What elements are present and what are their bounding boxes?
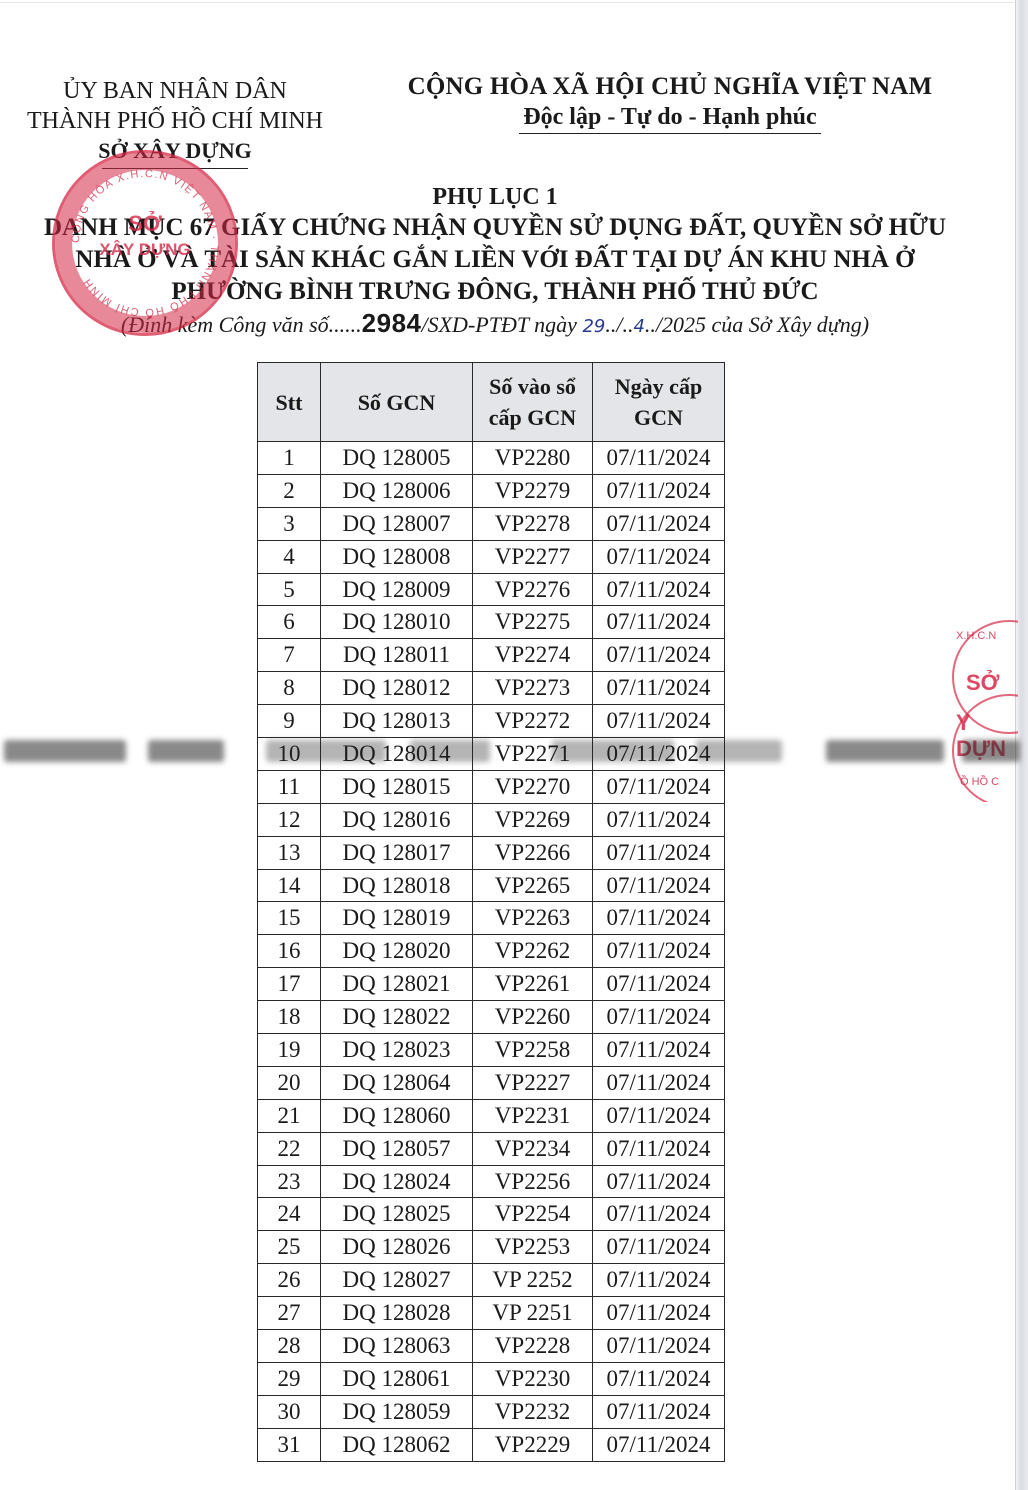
- cell-stt: 2: [258, 474, 321, 507]
- cell-stt: 17: [258, 968, 321, 1001]
- cell-stt: 12: [258, 803, 321, 836]
- partial-seal-stamp: X.H.C.N SỞ Y DỰN Ồ HỒ C: [948, 612, 1018, 802]
- watermark-blur: [4, 740, 126, 762]
- cell-register-no: VP2253: [473, 1231, 593, 1264]
- cell-certificate-no: DQ 128028: [321, 1297, 473, 1330]
- watermark-blur: [826, 740, 944, 762]
- cell-certificate-no: DQ 128063: [321, 1330, 473, 1363]
- document-heading: DANH MỤC 67 GIẤY CHỨNG NHẬN QUYỀN SỬ DỤN…: [5, 212, 985, 308]
- table-row: 17DQ 128021VP226107/11/2024: [258, 968, 725, 1001]
- table-row: 4DQ 128008VP227707/11/2024: [258, 540, 725, 573]
- national-motto: Độc lập - Tự do - Hạnh phúc: [523, 102, 816, 132]
- cell-stt: 30: [258, 1395, 321, 1428]
- cell-stt: 7: [258, 639, 321, 672]
- cell-issue-date: 07/11/2024: [593, 1264, 725, 1297]
- attach-prefix: (Đính kèm Công văn số: [121, 312, 329, 337]
- cell-issue-date: 07/11/2024: [593, 672, 725, 705]
- cell-issue-date: 07/11/2024: [593, 869, 725, 902]
- partial-seal-mid-1: SỞ: [966, 670, 999, 696]
- cell-issue-date: 07/11/2024: [593, 1034, 725, 1067]
- cell-certificate-no: DQ 128060: [321, 1099, 473, 1132]
- cell-register-no: VP2254: [473, 1198, 593, 1231]
- cell-issue-date: 07/11/2024: [593, 738, 725, 771]
- cell-certificate-no: DQ 128012: [321, 672, 473, 705]
- handwritten-month: 4: [633, 316, 644, 337]
- cell-stt: 5: [258, 573, 321, 606]
- handwritten-day: 29: [582, 316, 605, 337]
- cell-stt: 29: [258, 1362, 321, 1395]
- table-row: 22DQ 128057VP223407/11/2024: [258, 1132, 725, 1165]
- header-line: GCN: [593, 402, 724, 433]
- cell-register-no: VP2266: [473, 836, 593, 869]
- col-header-issue-date: Ngày cấpGCN: [593, 363, 725, 442]
- motto-label: Độc lập - Tự do - Hạnh phúc: [523, 104, 816, 130]
- cell-certificate-no: DQ 128023: [321, 1034, 473, 1067]
- cell-stt: 22: [258, 1132, 321, 1165]
- motto-underline: [519, 133, 820, 135]
- watermark-blur: [962, 740, 1020, 762]
- cell-stt: 31: [258, 1428, 321, 1461]
- cell-stt: 19: [258, 1034, 321, 1067]
- attachment-reference: (Đính kèm Công văn số......2984/SXD-PTĐT…: [0, 308, 990, 342]
- page-right-edge: [1015, 0, 1028, 1490]
- cell-register-no: VP2260: [473, 1001, 593, 1034]
- table-row: 8DQ 128012VP227307/11/2024: [258, 672, 725, 705]
- watermark-blur: [148, 740, 224, 762]
- cell-register-no: VP2280: [473, 442, 593, 475]
- cell-stt: 26: [258, 1264, 321, 1297]
- cell-stt: 11: [258, 770, 321, 803]
- cell-certificate-no: DQ 128013: [321, 705, 473, 738]
- cell-certificate-no: DQ 128018: [321, 869, 473, 902]
- document-number: 2984: [362, 308, 422, 338]
- cell-certificate-no: DQ 128007: [321, 507, 473, 540]
- attach-mid: /SXD-PTĐT ngày: [422, 312, 583, 337]
- table-row: 29DQ 128061VP223007/11/2024: [258, 1362, 725, 1395]
- table-row: 31DQ 128062VP222907/11/2024: [258, 1428, 725, 1461]
- cell-issue-date: 07/11/2024: [593, 770, 725, 803]
- cell-register-no: VP2274: [473, 639, 593, 672]
- national-header: CỘNG HÒA XÃ HỘI CHỦ NGHĨA VIỆT NAM Độc l…: [400, 72, 940, 132]
- department-label: SỞ XÂY DỰNG: [98, 138, 252, 163]
- header-line: Ngày cấp: [593, 371, 724, 402]
- cell-issue-date: 07/11/2024: [593, 1132, 725, 1165]
- cell-certificate-no: DQ 128020: [321, 935, 473, 968]
- table-row: 26DQ 128027VP 225207/11/2024: [258, 1264, 725, 1297]
- partial-seal-mid-2: Y DỰN: [956, 710, 1018, 762]
- cell-certificate-no: DQ 128064: [321, 1066, 473, 1099]
- cell-stt: 14: [258, 869, 321, 902]
- cell-issue-date: 07/11/2024: [593, 1330, 725, 1363]
- partial-seal-top-text: X.H.C.N: [956, 630, 996, 642]
- cell-issue-date: 07/11/2024: [593, 1297, 725, 1330]
- table-row: 18DQ 128022VP226007/11/2024: [258, 1001, 725, 1034]
- cell-stt: 18: [258, 1001, 321, 1034]
- cell-register-no: VP2276: [473, 573, 593, 606]
- table-row: 5DQ 128009VP227607/11/2024: [258, 573, 725, 606]
- cell-register-no: VP2231: [473, 1099, 593, 1132]
- cell-register-no: VP2234: [473, 1132, 593, 1165]
- cell-certificate-no: DQ 128014: [321, 738, 473, 771]
- cell-issue-date: 07/11/2024: [593, 902, 725, 935]
- cell-certificate-no: DQ 128059: [321, 1395, 473, 1428]
- cell-issue-date: 07/11/2024: [593, 705, 725, 738]
- cell-certificate-no: DQ 128011: [321, 639, 473, 672]
- cell-certificate-no: DQ 128005: [321, 442, 473, 475]
- cell-issue-date: 07/11/2024: [593, 474, 725, 507]
- cell-stt: 21: [258, 1099, 321, 1132]
- cell-register-no: VP2232: [473, 1395, 593, 1428]
- cell-stt: 13: [258, 836, 321, 869]
- cell-register-no: VP 2251: [473, 1297, 593, 1330]
- cell-certificate-no: DQ 128016: [321, 803, 473, 836]
- cell-issue-date: 07/11/2024: [593, 1428, 725, 1461]
- nation-name: CỘNG HÒA XÃ HỘI CHỦ NGHĨA VIỆT NAM: [400, 72, 940, 102]
- partial-seal-arc-top: [952, 620, 1018, 734]
- table-row: 25DQ 128026VP225307/11/2024: [258, 1231, 725, 1264]
- table-row: 21DQ 128060VP223107/11/2024: [258, 1099, 725, 1132]
- cell-register-no: VP 2252: [473, 1264, 593, 1297]
- cell-register-no: VP2271: [473, 738, 593, 771]
- cell-register-no: VP2275: [473, 606, 593, 639]
- cell-stt: 1: [258, 442, 321, 475]
- cell-issue-date: 07/11/2024: [593, 1395, 725, 1428]
- table-row: 13DQ 128017VP226607/11/2024: [258, 836, 725, 869]
- cell-register-no: VP2269: [473, 803, 593, 836]
- authority-line-1: ỦY BAN NHÂN DÂN: [20, 76, 330, 106]
- department-name: SỞ XÂY DỰNG: [98, 136, 252, 166]
- col-header-stt: Stt: [258, 363, 321, 442]
- heading-line-1: DANH MỤC 67 GIẤY CHỨNG NHẬN QUYỀN SỬ DỤN…: [5, 212, 985, 244]
- cell-certificate-no: DQ 128015: [321, 770, 473, 803]
- cell-stt: 9: [258, 705, 321, 738]
- cell-register-no: VP2273: [473, 672, 593, 705]
- cell-stt: 27: [258, 1297, 321, 1330]
- date-separator: ../..: [605, 312, 633, 337]
- cell-stt: 10: [258, 738, 321, 771]
- cell-issue-date: 07/11/2024: [593, 803, 725, 836]
- table-row: 10DQ 128014VP227107/11/2024: [258, 738, 725, 771]
- cell-register-no: VP2270: [473, 770, 593, 803]
- cell-certificate-no: DQ 128010: [321, 606, 473, 639]
- cell-stt: 8: [258, 672, 321, 705]
- department-underline: [102, 168, 248, 170]
- issuing-authority: ỦY BAN NHÂN DÂN THÀNH PHỐ HỒ CHÍ MINH SỞ…: [20, 76, 330, 166]
- cell-stt: 6: [258, 606, 321, 639]
- heading-line-2: NHÀ Ở VÀ TÀI SẢN KHÁC GẮN LIỀN VỚI ĐẤT T…: [5, 244, 985, 276]
- table-row: 23DQ 128024VP225607/11/2024: [258, 1165, 725, 1198]
- cell-register-no: VP2228: [473, 1330, 593, 1363]
- cell-register-no: VP2262: [473, 935, 593, 968]
- attach-suffix: ../2025 của Sở Xây dựng): [645, 312, 869, 337]
- table-row: 28DQ 128063VP222807/11/2024: [258, 1330, 725, 1363]
- table-row: 7DQ 128011VP227407/11/2024: [258, 639, 725, 672]
- cell-certificate-no: DQ 128021: [321, 968, 473, 1001]
- cell-register-no: VP2278: [473, 507, 593, 540]
- table-row: 2DQ 128006VP227907/11/2024: [258, 474, 725, 507]
- cell-issue-date: 07/11/2024: [593, 573, 725, 606]
- header-line: Số vào sổ: [473, 371, 592, 402]
- partial-seal-bottom-text: Ồ HỒ C: [960, 776, 999, 788]
- page-top-edge: [0, 2, 1014, 3]
- table-row: 12DQ 128016VP226907/11/2024: [258, 803, 725, 836]
- cell-register-no: VP2256: [473, 1165, 593, 1198]
- cell-issue-date: 07/11/2024: [593, 1001, 725, 1034]
- cell-certificate-no: DQ 128009: [321, 573, 473, 606]
- cell-issue-date: 07/11/2024: [593, 1099, 725, 1132]
- cell-issue-date: 07/11/2024: [593, 836, 725, 869]
- cell-issue-date: 07/11/2024: [593, 540, 725, 573]
- cell-issue-date: 07/11/2024: [593, 1362, 725, 1395]
- cell-certificate-no: DQ 128022: [321, 1001, 473, 1034]
- cell-certificate-no: DQ 128026: [321, 1231, 473, 1264]
- cell-issue-date: 07/11/2024: [593, 968, 725, 1001]
- cell-issue-date: 07/11/2024: [593, 639, 725, 672]
- appendix-label: PHỤ LỤC 1: [0, 182, 990, 212]
- table-row: 16DQ 128020VP226207/11/2024: [258, 935, 725, 968]
- cell-stt: 16: [258, 935, 321, 968]
- cell-stt: 4: [258, 540, 321, 573]
- cell-register-no: VP2272: [473, 705, 593, 738]
- table-row: 9DQ 128013VP227207/11/2024: [258, 705, 725, 738]
- table-row: 15DQ 128019VP226307/11/2024: [258, 902, 725, 935]
- table-row: 19DQ 128023VP225807/11/2024: [258, 1034, 725, 1067]
- cell-issue-date: 07/11/2024: [593, 1066, 725, 1099]
- cell-certificate-no: DQ 128006: [321, 474, 473, 507]
- cell-certificate-no: DQ 128027: [321, 1264, 473, 1297]
- cell-register-no: VP2258: [473, 1034, 593, 1067]
- cell-stt: 15: [258, 902, 321, 935]
- cell-certificate-no: DQ 128008: [321, 540, 473, 573]
- col-header-certificate-no: Số GCN: [321, 363, 473, 442]
- cell-certificate-no: DQ 128024: [321, 1165, 473, 1198]
- cell-stt: 24: [258, 1198, 321, 1231]
- cell-certificate-no: DQ 128017: [321, 836, 473, 869]
- header-line: cấp GCN: [473, 402, 592, 433]
- table-row: 3DQ 128007VP227807/11/2024: [258, 507, 725, 540]
- table-row: 30DQ 128059VP223207/11/2024: [258, 1395, 725, 1428]
- cell-certificate-no: DQ 128061: [321, 1362, 473, 1395]
- cell-issue-date: 07/11/2024: [593, 1198, 725, 1231]
- col-header-register-no: Số vào sổcấp GCN: [473, 363, 593, 442]
- cell-issue-date: 07/11/2024: [593, 606, 725, 639]
- cell-stt: 23: [258, 1165, 321, 1198]
- table-row: 6DQ 128010VP227507/11/2024: [258, 606, 725, 639]
- cell-issue-date: 07/11/2024: [593, 507, 725, 540]
- table-header-row: Stt Số GCN Số vào sổcấp GCN Ngày cấpGCN: [258, 363, 725, 442]
- table-row: 20DQ 128064VP222707/11/2024: [258, 1066, 725, 1099]
- cell-register-no: VP2230: [473, 1362, 593, 1395]
- document-title-block: PHỤ LỤC 1 DANH MỤC 67 GIẤY CHỨNG NHẬN QU…: [0, 182, 990, 342]
- cell-register-no: VP2229: [473, 1428, 593, 1461]
- cell-register-no: VP2277: [473, 540, 593, 573]
- cell-stt: 20: [258, 1066, 321, 1099]
- cell-certificate-no: DQ 128019: [321, 902, 473, 935]
- partial-seal-arc-bottom: [952, 694, 1018, 802]
- heading-line-3: PHƯỜNG BÌNH TRƯNG ĐÔNG, THÀNH PHỐ THỦ ĐỨ…: [5, 276, 985, 308]
- table-row: 1DQ 128005VP228007/11/2024: [258, 442, 725, 475]
- cell-issue-date: 07/11/2024: [593, 935, 725, 968]
- cell-certificate-no: DQ 128062: [321, 1428, 473, 1461]
- cell-issue-date: 07/11/2024: [593, 1231, 725, 1264]
- cell-certificate-no: DQ 128025: [321, 1198, 473, 1231]
- table-row: 14DQ 128018VP226507/11/2024: [258, 869, 725, 902]
- cell-certificate-no: DQ 128057: [321, 1132, 473, 1165]
- table-row: 24DQ 128025VP225407/11/2024: [258, 1198, 725, 1231]
- cell-issue-date: 07/11/2024: [593, 1165, 725, 1198]
- certificate-table: Stt Số GCN Số vào sổcấp GCN Ngày cấpGCN …: [257, 362, 725, 1462]
- cell-register-no: VP2261: [473, 968, 593, 1001]
- attach-dots: ......: [329, 312, 362, 337]
- cell-register-no: VP2227: [473, 1066, 593, 1099]
- cell-register-no: VP2263: [473, 902, 593, 935]
- cell-stt: 28: [258, 1330, 321, 1363]
- authority-line-2: THÀNH PHỐ HỒ CHÍ MINH: [20, 106, 330, 136]
- cell-register-no: VP2265: [473, 869, 593, 902]
- table-row: 27DQ 128028VP 225107/11/2024: [258, 1297, 725, 1330]
- cell-register-no: VP2279: [473, 474, 593, 507]
- cell-issue-date: 07/11/2024: [593, 442, 725, 475]
- table-row: 11DQ 128015VP227007/11/2024: [258, 770, 725, 803]
- cell-stt: 3: [258, 507, 321, 540]
- cell-stt: 25: [258, 1231, 321, 1264]
